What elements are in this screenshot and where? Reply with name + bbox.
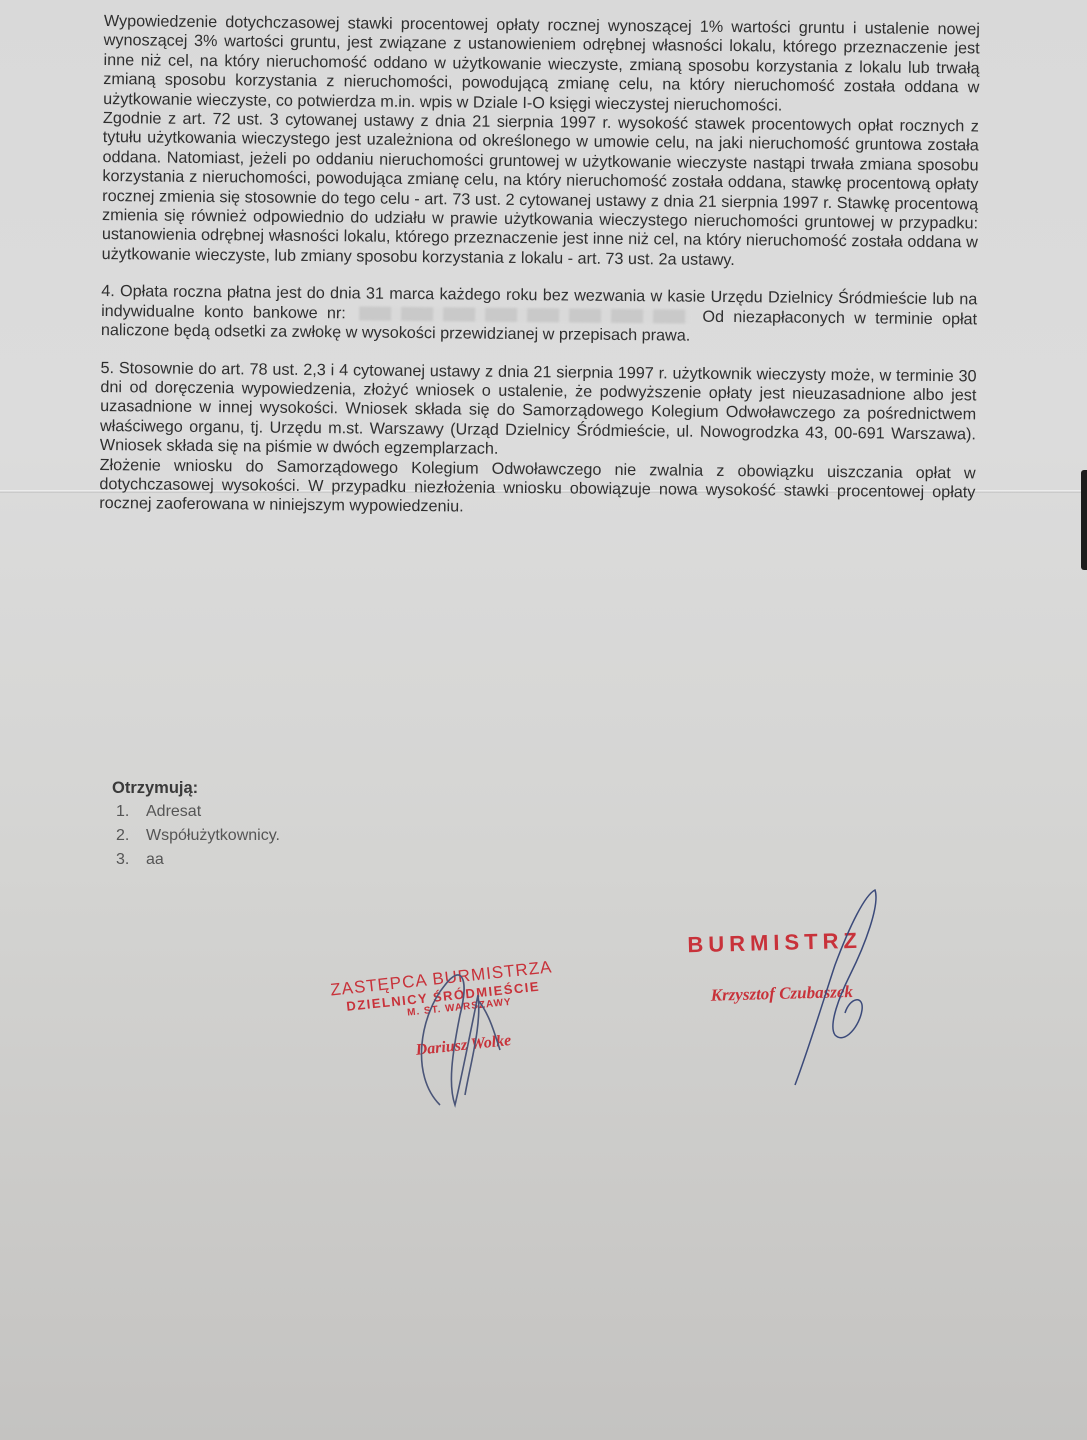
- recipients-list: Otrzymują: 1.Adresat 2.Współużytkownicy.…: [112, 776, 280, 872]
- recipient-item: 2.Współużytkownicy.: [112, 824, 280, 848]
- document-body: Wypowiedzenie dotychczasowej stawki proc…: [99, 12, 980, 522]
- point-5-appeal: 5. Stosownie do art. 78 ust. 2,3 i 4 cyt…: [100, 358, 977, 463]
- point-4-payment: 4. Opłata roczna płatna jest do dnia 31 …: [101, 282, 978, 349]
- mayor-signature: [780, 885, 890, 1090]
- deputy-signature: [400, 955, 520, 1125]
- recipient-item: 1.Adresat: [112, 800, 280, 824]
- paragraph-termination: Wypowiedzenie dotychczasowej stawki proc…: [103, 12, 980, 117]
- recipients-heading: Otrzymują:: [112, 776, 280, 800]
- recipient-item: 3.aa: [112, 848, 280, 872]
- point-5-note: Złożenie wniosku do Samorządowego Kolegi…: [99, 456, 976, 523]
- paper-edge-shadow: [1081, 470, 1087, 570]
- redacted-account-number: [359, 307, 689, 324]
- paragraph-legal-basis: Zgodnie z art. 72 ust. 3 cytowanej ustaw…: [102, 109, 979, 273]
